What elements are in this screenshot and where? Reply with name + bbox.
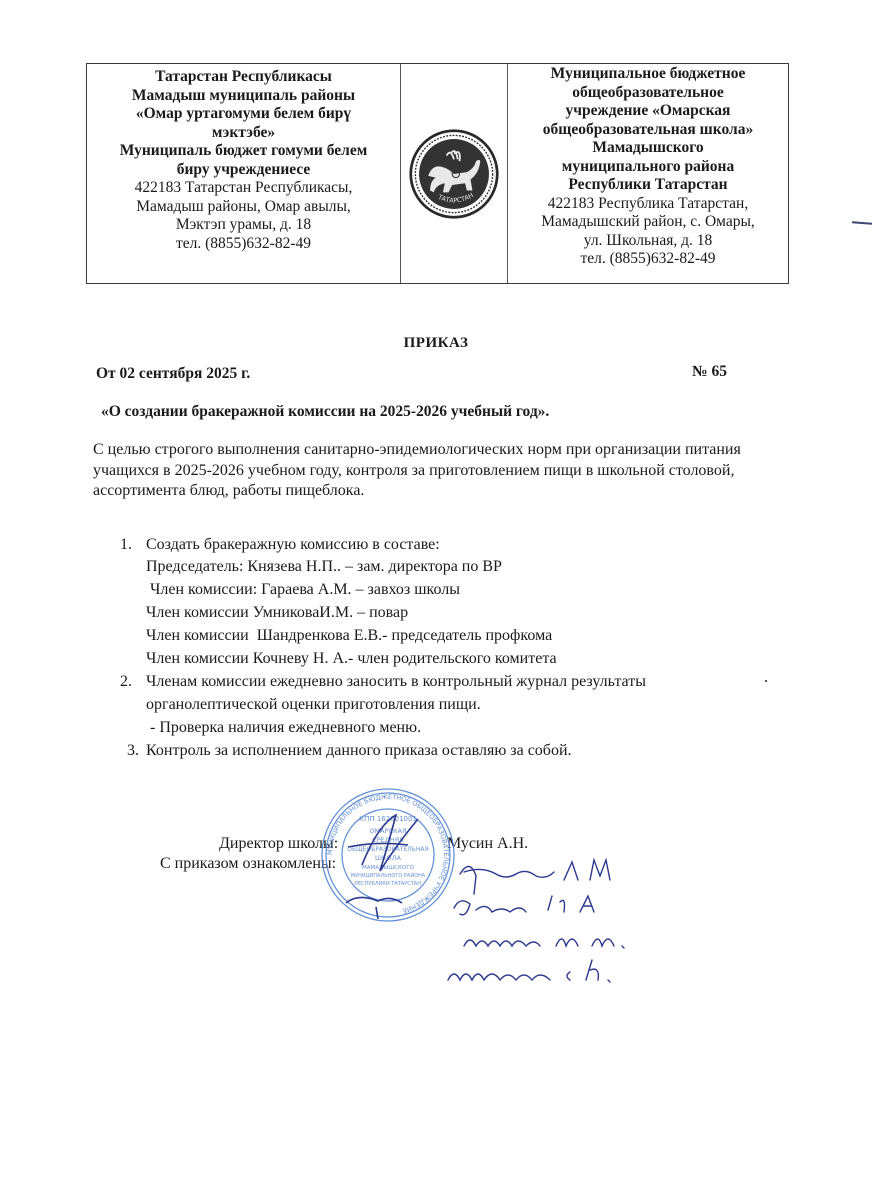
order-preamble: С целью строгого выполнения санитарно-эп… — [93, 440, 803, 502]
svg-text:МУНИЦИПАЛЬНОГО РАЙОНА: МУНИЦИПАЛЬНОГО РАЙОНА — [351, 872, 426, 879]
item-text-continuation: органолептической оценки приготовления п… — [146, 696, 481, 714]
svg-text:ОБЩЕОБРАЗОВАТЕЛЬНАЯ: ОБЩЕОБРАЗОВАТЕЛЬНАЯ — [347, 846, 428, 853]
letterhead-russian-address: Мамадышский район, с. Омары, — [508, 213, 788, 232]
letterhead-tatar-line: «Омар уртагомуми белем бирү — [87, 105, 400, 124]
letterhead-russian-line: муниципального района — [508, 158, 788, 177]
item-subpoint: - Проверка наличия ежедневного меню. — [146, 719, 421, 737]
acknowledged-label: С приказом ознакомлены: — [160, 855, 336, 873]
letterhead-russian-line: учреждение «Омарская — [508, 102, 788, 121]
item-number: 2. — [120, 673, 132, 691]
letterhead-russian-line: Республики Татарстан — [508, 176, 788, 195]
letterhead-tatar-line: Татарстан Республикасы — [87, 68, 400, 87]
letterhead-tatar-address: Мэктэп урамы, д. 18 — [87, 216, 400, 235]
letterhead-tatar-line: мэктэбе» — [87, 124, 400, 143]
letterhead-tatar-address: Мамадыш районы, Омар авылы, — [87, 198, 400, 217]
letterhead-russian-address: 422183 Республика Татарстан, — [508, 195, 788, 214]
item-text: Создать бракеражную комиссию в составе: — [146, 536, 440, 554]
letterhead-tatar-line: Муниципаль бюджет гомуми белем — [87, 142, 400, 161]
item-number: 3. — [127, 742, 139, 760]
committee-member: Член комиссии УмниковаИ.М. – повар — [146, 604, 408, 622]
committee-chair: Председатель: Князева Н.П.. – зам. дирек… — [146, 558, 502, 576]
letterhead-russian-line: общеобразовательное — [508, 84, 788, 103]
letterhead-russian-phone: тел. (8855)632-82-49 — [508, 250, 788, 269]
emblem-cell: ТАТАРСТАН — [401, 64, 508, 283]
handwritten-signatures-icon — [430, 850, 690, 1000]
tatarstan-coat-of-arms-icon: ТАТАРСТАН — [408, 128, 500, 220]
document-title: ПРИКАЗ — [0, 335, 872, 352]
letterhead-russian: Муниципальное бюджетное общеобразователь… — [508, 64, 788, 283]
committee-member: Член комиссии: Гараева А.М. – завхоз шко… — [146, 581, 460, 599]
letterhead-table: Татарстан Республикасы Мамадыш муниципал… — [86, 63, 789, 284]
scan-mark — [765, 680, 767, 682]
letterhead-tatar-line: Мамадыш муниципаль районы — [87, 87, 400, 106]
letterhead-russian-line: Муниципальное бюджетное — [508, 65, 788, 84]
order-subject: «О создании бракеражной комиссии на 2025… — [101, 403, 549, 421]
committee-member: Член комиссии Шандренкова Е.В.- председа… — [146, 627, 552, 645]
svg-text:РЕСПУБЛИКИ ТАТАРСТАН: РЕСПУБЛИКИ ТАТАРСТАН — [355, 881, 421, 887]
order-number: № 65 — [692, 363, 727, 381]
letterhead-tatar: Татарстан Республикасы Мамадыш муниципал… — [87, 64, 401, 283]
order-date: От 02 сентября 2025 г. — [96, 365, 250, 383]
letterhead-russian-line: Мамадышского — [508, 139, 788, 158]
letterhead-tatar-address: 422183 Татарстан Республикасы, — [87, 179, 400, 198]
svg-text:МАМАДЫШСКОГО: МАМАДЫШСКОГО — [362, 865, 414, 871]
letterhead-tatar-phone: тел. (8855)632-82-49 — [87, 235, 400, 254]
committee-member: Член комиссии Кочневу Н. А.- член родите… — [146, 650, 557, 668]
letterhead-russian-address: ул. Школьная, д. 18 — [508, 232, 788, 251]
scan-mark — [852, 221, 872, 224]
svg-text:ОМАРСКАЯ: ОМАРСКАЯ — [369, 827, 406, 835]
letterhead-russian-line: общеобразовательная школа» — [508, 121, 788, 140]
item-number: 1. — [120, 536, 132, 554]
letterhead-tatar-line: биру учреждениесе — [87, 161, 400, 180]
item-text: Членам комиссии ежедневно заносить в кон… — [146, 673, 646, 691]
item-text: Контроль за исполнением данного приказа … — [146, 742, 572, 760]
